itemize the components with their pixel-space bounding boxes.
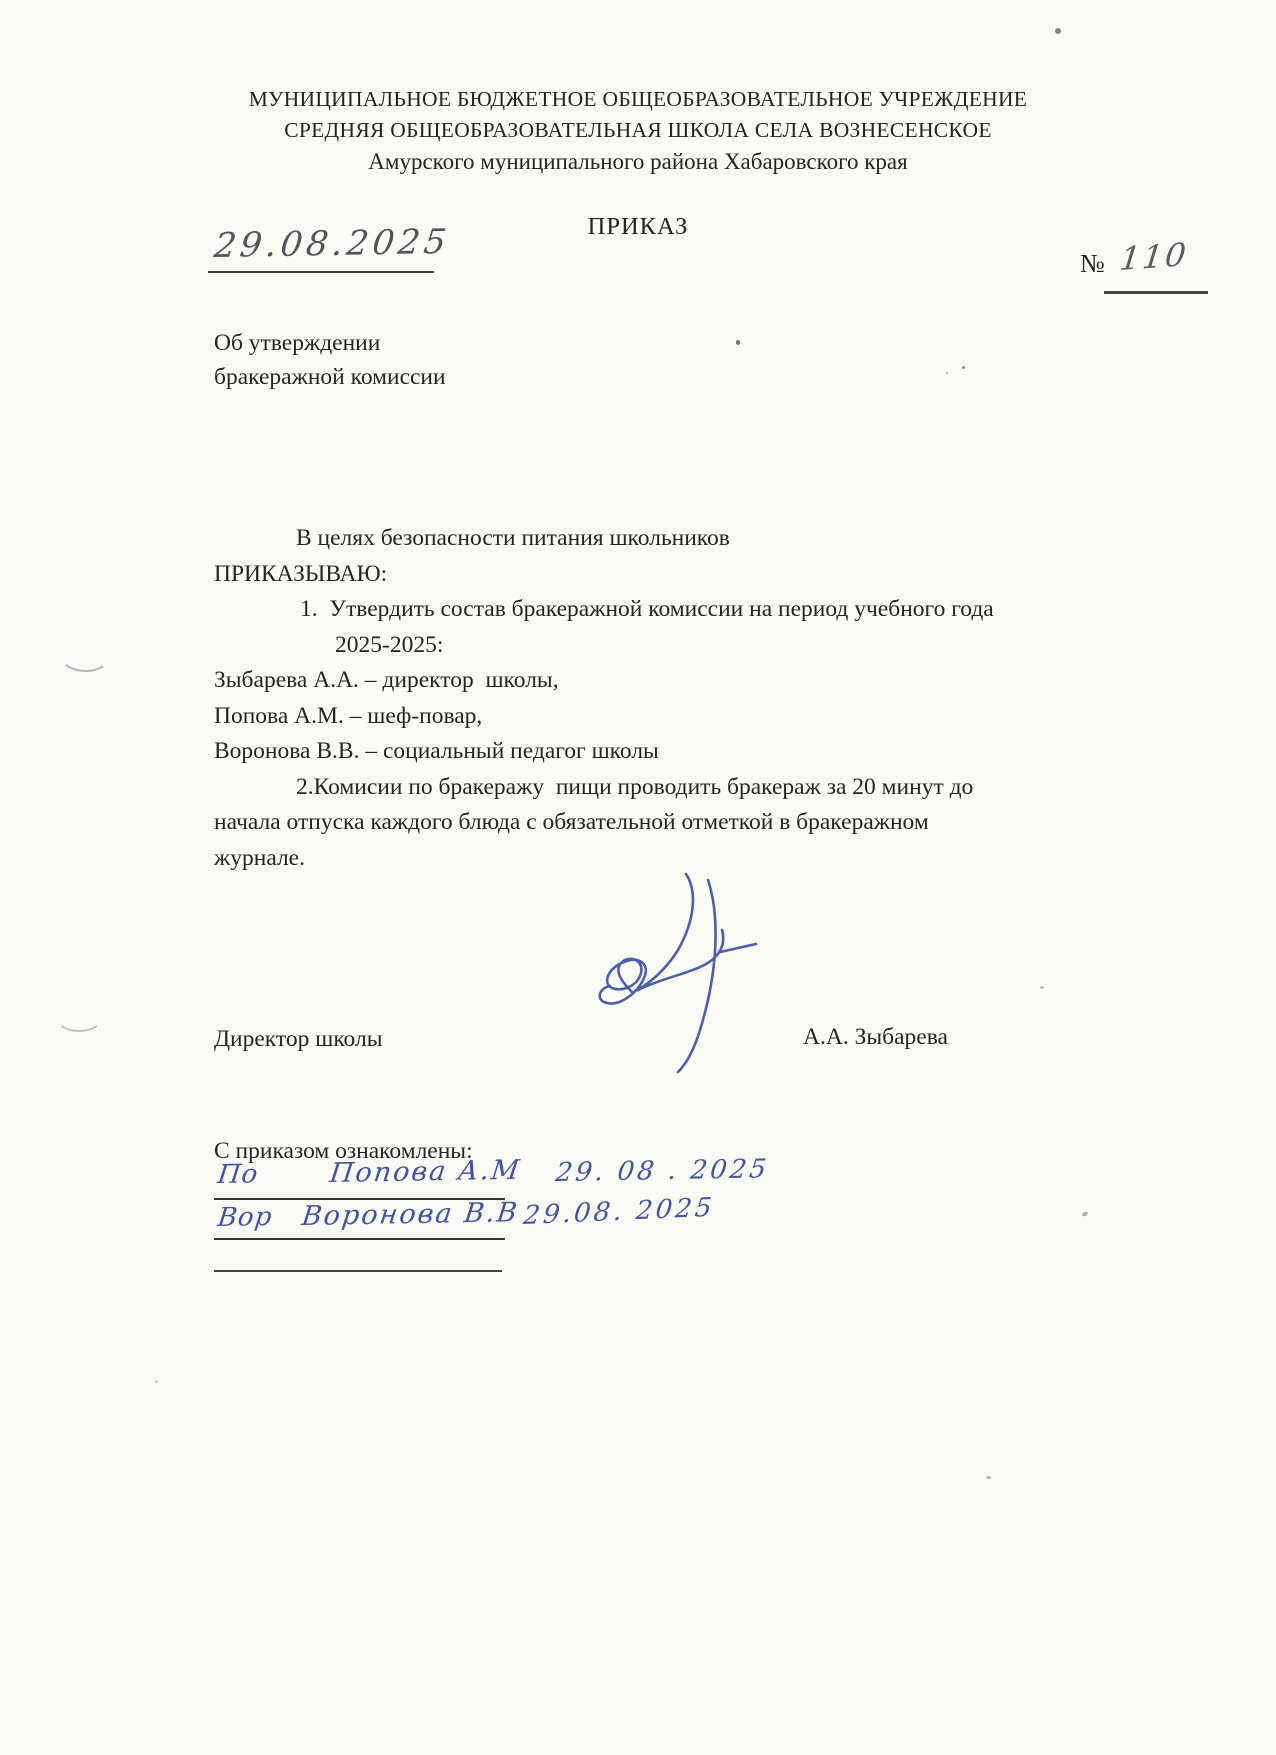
scan-artifact-speck (1081, 1211, 1088, 1217)
order-word: ПРИКАЗЫВАЮ: (214, 557, 1100, 593)
scan-artifact-speck (1040, 986, 1044, 989)
item1-line2: 2025-2025: (214, 628, 1100, 664)
director-signature (566, 852, 778, 1098)
scan-artifact-arc (59, 639, 110, 673)
organization-name-line2: СРЕДНЯЯ ОБЩЕОБРАЗОВАТЕЛЬНАЯ ШКОЛА СЕЛА В… (100, 115, 1176, 146)
preamble-line: В целях безопасности питания школьников (214, 521, 1100, 557)
item1-line1: 1. Утвердить состав бракеражной комиссии… (214, 592, 1100, 628)
commission-member-2: Попова А.М. – шеф-повар, (214, 699, 1100, 735)
scan-artifact-speck (946, 372, 948, 374)
subject-line-2: бракеражной комиссии (214, 360, 446, 394)
scan-artifact-speck (736, 340, 740, 345)
commission-member-1: Зыбарева А.А. – директор школы, (214, 663, 1100, 699)
scan-artifact-speck (962, 366, 965, 369)
scan-artifact-arc (55, 1002, 103, 1032)
commission-member-3: Воронова В.В. – социальный педагог школы (214, 734, 1100, 770)
item2-line2: начала отпуска каждого блюда с обязатель… (214, 805, 1100, 841)
acknowledgement-underline-2 (214, 1238, 505, 1240)
subject-line-1: Об утверждении (214, 326, 446, 360)
date-underline (208, 271, 434, 273)
popova-handwritten-date: 29. 08 . 2025 (554, 1154, 771, 1188)
organization-name-line1: МУНИЦИПАЛЬНОЕ БЮДЖЕТНОЕ ОБЩЕОБРАЗОВАТЕЛЬ… (100, 84, 1176, 115)
order-body: В целях безопасности питания школьников … (214, 521, 1100, 876)
acknowledgement-underline-empty (214, 1270, 502, 1272)
popova-signature-initial: По (216, 1159, 260, 1190)
organization-region-line: Амурского муниципального района Хабаровс… (100, 146, 1176, 177)
scan-artifact-speck (1055, 28, 1061, 34)
scanned-order-document: МУНИЦИПАЛЬНОЕ БЮДЖЕТНОЕ ОБЩЕОБРАЗОВАТЕЛЬ… (0, 0, 1276, 1755)
signer-title: Директор школы (214, 1026, 383, 1053)
item2-line1: 2.Комисии по бракеражу пищи проводить бр… (214, 770, 1100, 806)
acknowledgement-row: Вор Воронова В.В 29.08. 2025 (214, 1201, 814, 1247)
popova-handwritten-name: Попова А.М (328, 1155, 523, 1189)
organization-header: МУНИЦИПАЛЬНОЕ БЮДЖЕТНОЕ ОБЩЕОБРАЗОВАТЕЛЬ… (100, 84, 1176, 177)
subject-block: Об утверждении бракеражной комиссии (214, 326, 446, 394)
signer-name: А.А. Зыбарева (803, 1024, 948, 1051)
scan-artifact-speck (155, 1380, 158, 1383)
number-sign: № (1080, 249, 1105, 279)
voronova-signature-initial: Вор (216, 1202, 274, 1233)
number-underline (1104, 291, 1208, 294)
handwritten-number: 110 (1118, 235, 1190, 278)
scan-artifact-speck (986, 1476, 991, 1479)
voronova-handwritten-name: Воронова В.В (300, 1197, 521, 1232)
handwritten-date: 29.08.2025 (212, 222, 452, 266)
